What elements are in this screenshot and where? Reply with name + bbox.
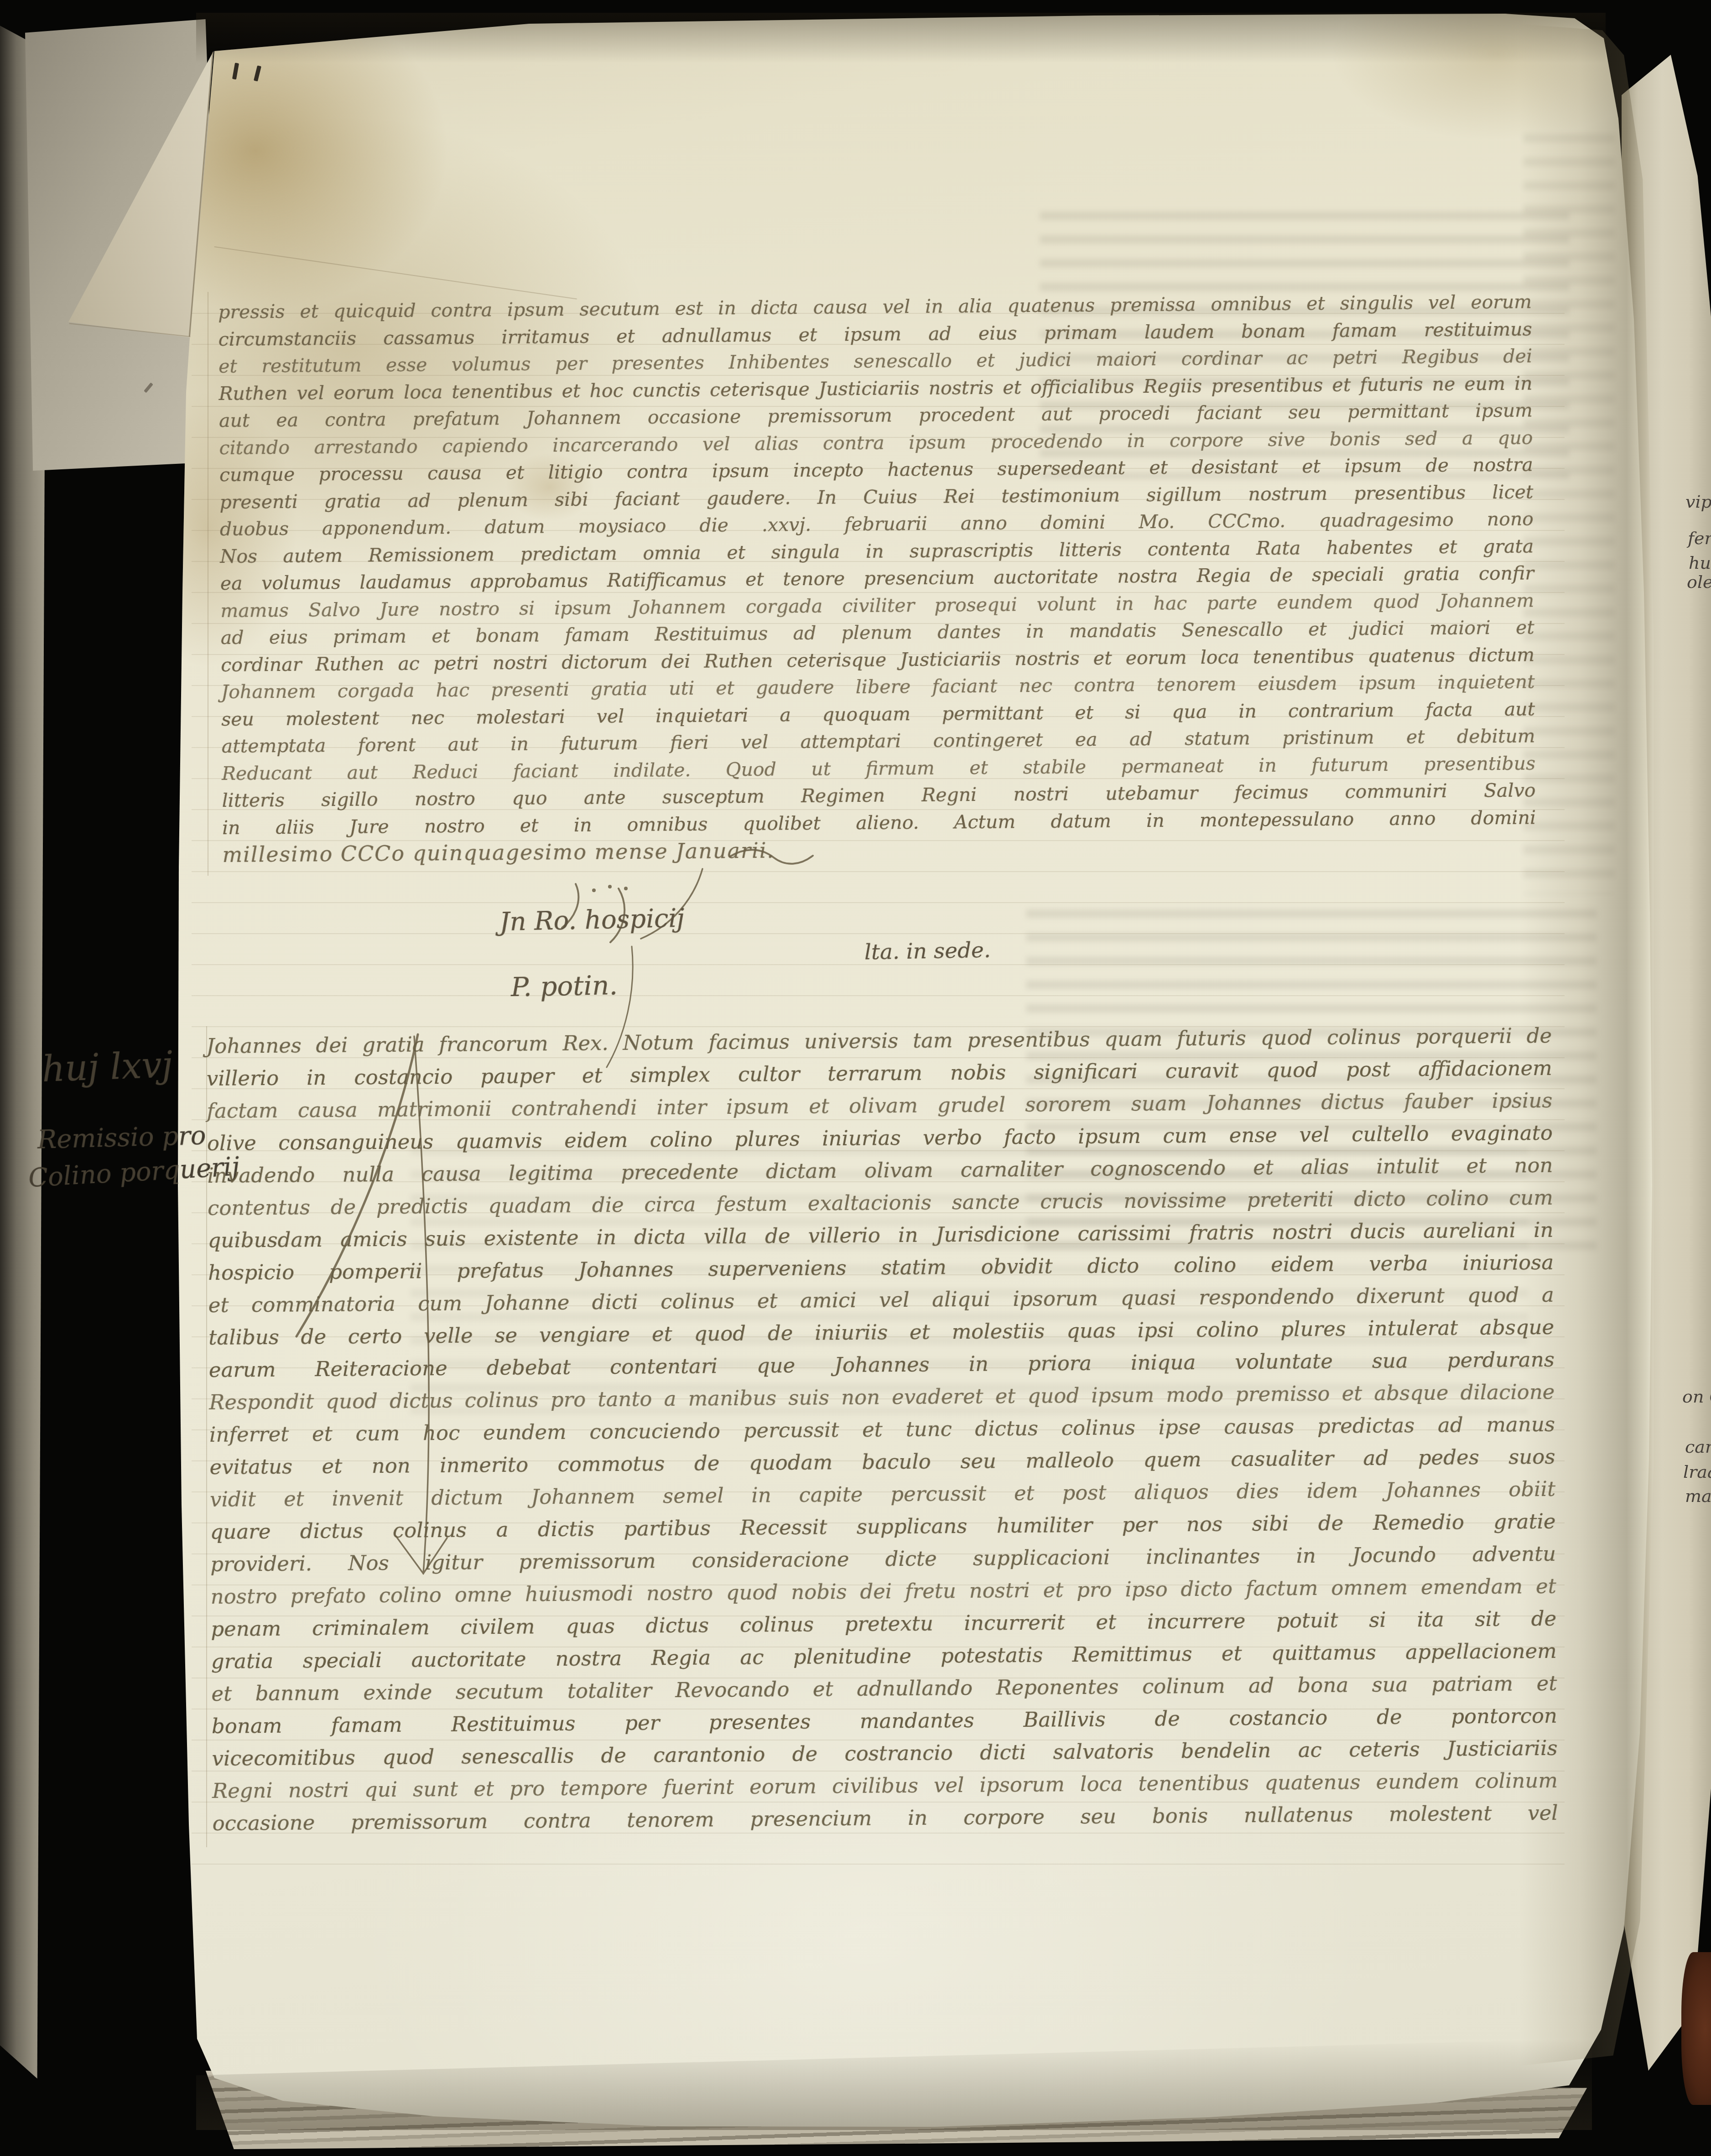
margin-note-rubric-1: Remissio pro	[37, 1121, 206, 1155]
manuscript-photo: pressis et quicquid contra ipsum secutum…	[0, 0, 1711, 2156]
folio-fragment: on C	[1682, 1387, 1711, 1407]
folio-fragment: vip	[1685, 492, 1711, 512]
page-top-shadow	[196, 13, 1606, 63]
folio-fragment: lraa	[1683, 1462, 1711, 1482]
folio-fragment: ma	[1685, 1486, 1711, 1506]
folio-fragment: hug	[1689, 553, 1711, 573]
chancery-note-lecta: lta. in sede.	[864, 938, 991, 965]
text-block-act-two: Johannes dei gratia francorum Rex. Notum…	[206, 1019, 1558, 1839]
margin-ruling	[208, 292, 208, 876]
margin-note-number: huj lxvj	[42, 1044, 174, 1090]
folio-fragment: cart	[1685, 1437, 1711, 1457]
binding-leather	[1681, 1952, 1711, 2105]
folio-fragment: olea	[1687, 572, 1711, 592]
chancery-note-hospicii: Jn Ro. hospicij	[499, 904, 685, 937]
text-block-act-one: pressis et quicquid contra ipsum secutum…	[218, 288, 1536, 868]
folio-fragment: fem	[1688, 528, 1711, 548]
chancery-note-scribe: P. potin.	[510, 970, 618, 1003]
